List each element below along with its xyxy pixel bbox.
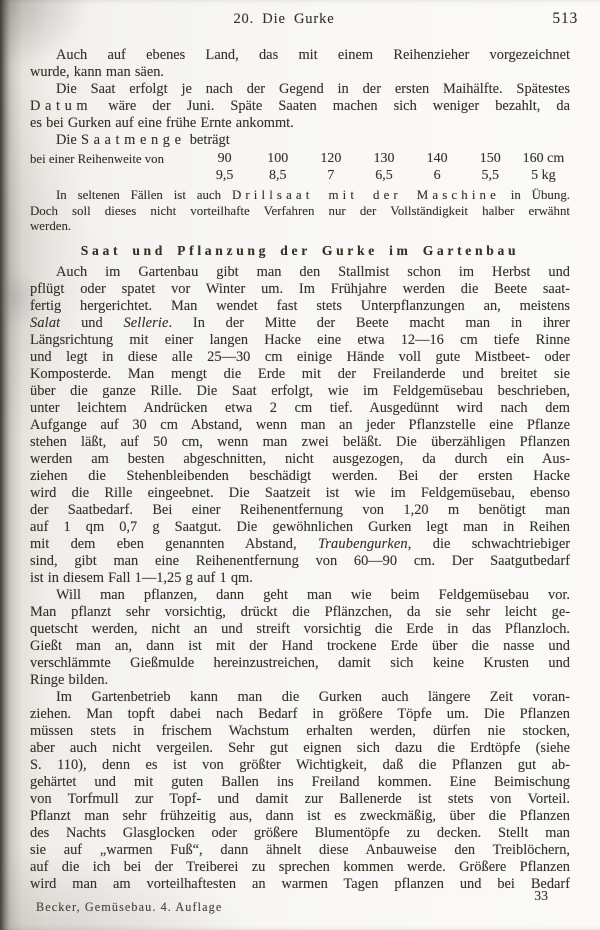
text-segment: wird man am vorteilhaftesten an warmen T… xyxy=(30,876,570,892)
text-segment: . In der Mitte der Beete macht man in ih… xyxy=(169,315,570,331)
text-segment: wurde, kann man säen. xyxy=(30,64,164,80)
text-line: der Saatbedarf. Bei einer Reihenentfernu… xyxy=(30,502,570,519)
text-line: Die Saatmenge beträgt xyxy=(30,132,570,149)
text-segment: der Saatbedarf. Bei einer Reihenentfernu… xyxy=(30,502,570,518)
text-line: Auch im Gartenbau gibt man den Stallmist… xyxy=(30,264,570,281)
text-line: werden am besten abgeschnitten, nicht au… xyxy=(30,451,570,468)
text-line: werden. xyxy=(30,219,570,235)
seed-quantity-table: bei einer Reihenweite von901001201301401… xyxy=(30,151,570,184)
page-number: 513 xyxy=(552,10,578,28)
text-segment: Man pflanzt sehr vorsichtig, drückt die … xyxy=(30,604,570,620)
italic-text-segment: Salat xyxy=(30,315,60,331)
italic-text-segment: Traubengurken xyxy=(318,536,408,552)
table-cell: 140 xyxy=(411,151,464,168)
spaced-text-segment: Datum xyxy=(30,98,92,114)
text-segment: S. 110), denn es ist von größter Wichtig… xyxy=(30,757,570,773)
text-segment: wäre der Juni. Späte Saaten machen sich … xyxy=(92,98,570,114)
text-segment: es bei Gurken auf eine frühe Ernte ankom… xyxy=(30,115,294,131)
text-segment: Auch auf ebenes Land, das mit einem Reih… xyxy=(56,47,570,63)
text-segment: und xyxy=(60,315,123,331)
text-segment: Komposterde. Man mengt die Erde mit der … xyxy=(30,366,570,382)
text-line: quetscht werden, nicht an und streift vo… xyxy=(30,621,570,638)
italic-text-segment: Sellerie xyxy=(123,315,168,331)
table-cell: 8,5 xyxy=(251,168,304,185)
table-cell: 7 xyxy=(304,168,357,185)
page-body: Auch auf ebenes Land, das mit einem Reih… xyxy=(30,47,570,916)
text-segment: fertig hergerichtet. Man wendet fast ste… xyxy=(30,298,570,314)
text-line: sind, gibt man eine Reihenentfernung von… xyxy=(30,553,570,570)
text-line: wird die Rille eingeebnet. Die Saatzeit … xyxy=(30,485,570,502)
text-segment: unter leichtem Andrücken etwa 2 cm tief.… xyxy=(30,400,570,416)
table-cell: 90 xyxy=(198,151,251,168)
text-segment: sie auf „warmen Fuß“, dann ähnelt diese … xyxy=(30,842,570,858)
text-segment: wird die Rille eingeebnet. Die Saatzeit … xyxy=(30,485,570,501)
text-line: Auch auf ebenes Land, das mit einem Reih… xyxy=(30,47,570,64)
text-line: es bei Gurken auf eine frühe Ernte ankom… xyxy=(30,115,570,132)
text-line: Doch soll dieses nicht vorteilhafte Verf… xyxy=(30,204,570,220)
page-header: 20. Die Gurke 513 xyxy=(30,11,578,31)
text-line: Im Gartenbetrieb kann man die Gurken auc… xyxy=(30,689,570,706)
text-line: mit dem eben genannten Abstand, Traubeng… xyxy=(30,536,570,553)
text-line: stehen läßt, auf 50 cm, wenn man zwei be… xyxy=(30,434,570,451)
table-cell: 130 xyxy=(357,151,410,168)
paragraph: Will man pflanzen, dann geht man wie bei… xyxy=(30,587,570,689)
paragraph: Auch auf ebenes Land, das mit einem Reih… xyxy=(30,47,570,81)
text-line: des Nachts Glasglocken oder größere Blum… xyxy=(30,825,570,842)
text-line: Datum wäre der Juni. Späte Saaten machen… xyxy=(30,98,570,115)
paragraph: Im Gartenbetrieb kann man die Gurken auc… xyxy=(30,689,570,893)
text-segment: Ringe bilden. xyxy=(30,672,108,688)
table-cell: 150 xyxy=(464,151,517,168)
text-segment: pflügt oder spatet vor Winter um. Im Frü… xyxy=(30,281,570,297)
text-segment: Die xyxy=(56,132,81,148)
text-segment: ziehen die Stehenbleibenden beschädigt w… xyxy=(30,468,570,484)
table-row: 9,58,576,565,55 kg xyxy=(30,168,570,185)
book-page-scan: 20. Die Gurke 513 Auch auf ebenes Land, … xyxy=(0,0,600,930)
text-segment: Pflanzt man sehr frühzeitig aus, dann is… xyxy=(30,808,570,824)
spaced-text-segment: Saatmenge xyxy=(81,132,186,148)
paragraph: In seltenen Fällen ist auch Drillsaat mi… xyxy=(30,188,570,235)
text-line: wird man am vorteilhaftesten an warmen T… xyxy=(30,876,570,893)
text-line: müssen stets in frischem Wachstum erhalt… xyxy=(30,723,570,740)
text-line: über die ganze Rille. Die Saat erfolgt, … xyxy=(30,383,570,400)
text-segment: ist in diesem Fall 1—1,25 g auf 1 qm. xyxy=(30,570,253,586)
text-segment: beträgt xyxy=(186,132,230,148)
text-line: fertig hergerichtet. Man wendet fast ste… xyxy=(30,298,570,315)
text-segment: quetscht werden, nicht an und streift vo… xyxy=(30,621,570,637)
text-line: auf 1 qm 0,7 g Saatgut. Die gewöhnlichen… xyxy=(30,519,570,536)
table-cell: 100 xyxy=(251,151,304,168)
text-segment: , die schwachtriebiger xyxy=(408,536,570,552)
text-line: pflügt oder spatet vor Winter um. Im Frü… xyxy=(30,281,570,298)
text-segment: aber auch nicht vergeilen. Sehr gut eign… xyxy=(30,740,570,756)
table-row-label: bei einer Reihenweite von xyxy=(30,151,198,168)
text-line: und legt in diese alle 25—30 cm einige H… xyxy=(30,349,570,366)
paragraph: Auch im Gartenbau gibt man den Stallmist… xyxy=(30,264,570,587)
text-line: ziehen. Man topft dabei nach Bedarf in g… xyxy=(30,706,570,723)
text-line: auf die ich bei der Treiberei zu spreche… xyxy=(30,859,570,876)
text-segment: Gießt man an, dann ist mit der Hand troc… xyxy=(30,638,570,654)
text-line: Pflanzt man sehr frühzeitig aus, dann is… xyxy=(30,808,570,825)
text-segment: Die Saat erfolgt je nach der Gegend in d… xyxy=(56,81,570,97)
table-row: bei einer Reihenweite von901001201301401… xyxy=(30,151,570,168)
paragraph: Die Saat erfolgt je nach der Gegend in d… xyxy=(30,81,570,132)
text-segment: auf 1 qm 0,7 g Saatgut. Die gewöhnlichen… xyxy=(30,519,570,535)
text-line: Will man pflanzen, dann geht man wie bei… xyxy=(30,587,570,604)
text-line: ziehen die Stehenbleibenden beschädigt w… xyxy=(30,468,570,485)
table-cell: 6 xyxy=(411,168,464,185)
text-segment: Auch im Gartenbau gibt man den Stallmist… xyxy=(56,264,570,280)
text-line: Die Saat erfolgt je nach der Gegend in d… xyxy=(30,81,570,98)
text-segment: Aufgange auf 30 cm Abstand, wenn man an … xyxy=(30,417,570,433)
text-line: Man pflanzt sehr vorsichtig, drückt die … xyxy=(30,604,570,621)
text-segment: Doch soll dieses nicht vorteilhafte Verf… xyxy=(30,204,570,218)
text-line: ist in diesem Fall 1—1,25 g auf 1 qm. xyxy=(30,570,570,587)
text-line: wurde, kann man säen. xyxy=(30,64,570,81)
text-line: Komposterde. Man mengt die Erde mit der … xyxy=(30,366,570,383)
text-segment: verschlämmte Gießmulde hereinzustreichen… xyxy=(30,655,570,671)
text-line: Längsrichtung mit einer langen Hacke ein… xyxy=(30,332,570,349)
text-line: gehärtet und mit guten Ballen ins Freila… xyxy=(30,774,570,791)
text-segment: von Torfmull zur Topf- und damit zur Bal… xyxy=(30,791,570,807)
text-line: unter leichtem Andrücken etwa 2 cm tief.… xyxy=(30,400,570,417)
text-line: Gießt man an, dann ist mit der Hand troc… xyxy=(30,638,570,655)
table-cell: 5 kg xyxy=(517,168,570,185)
text-line: verschlämmte Gießmulde hereinzustreichen… xyxy=(30,655,570,672)
table-cell: 9,5 xyxy=(198,168,251,185)
text-line: von Torfmull zur Topf- und damit zur Bal… xyxy=(30,791,570,808)
text-segment: in Übung. xyxy=(500,188,570,202)
table-cell: 120 xyxy=(304,151,357,168)
table-cell: 6,5 xyxy=(357,168,410,185)
text-segment: werden. xyxy=(30,219,71,233)
text-segment: Längsrichtung mit einer langen Hacke ein… xyxy=(30,332,570,348)
text-segment: und legt in diese alle 25—30 cm einige H… xyxy=(30,349,570,365)
text-line: Salat und Sellerie. In der Mitte der Bee… xyxy=(30,315,570,332)
spaced-text-segment: Drillsaat mit der Maschine xyxy=(232,188,500,202)
section-heading: Saat und Pflanzung der Gurke im Gartenba… xyxy=(30,242,570,259)
text-line: sie auf „warmen Fuß“, dann ähnelt diese … xyxy=(30,842,570,859)
table-cell: 5,5 xyxy=(464,168,517,185)
table-cell: 160 cm xyxy=(517,151,570,168)
text-line: In seltenen Fällen ist auch Drillsaat mi… xyxy=(30,188,570,204)
text-line: Aufgange auf 30 cm Abstand, wenn man an … xyxy=(30,417,570,434)
text-segment: In seltenen Fällen ist auch xyxy=(56,188,232,202)
text-segment: mit dem eben genannten Abstand, xyxy=(30,536,318,552)
running-title: 20. Die Gurke xyxy=(30,11,538,28)
text-segment: sind, gibt man eine Reihenentfernung von… xyxy=(30,553,570,569)
text-line: Ringe bilden. xyxy=(30,672,570,689)
text-segment: werden am besten abgeschnitten, nicht au… xyxy=(30,451,570,467)
text-segment: stehen läßt, auf 50 cm, wenn man zwei be… xyxy=(30,434,570,450)
text-line: S. 110), denn es ist von größter Wichtig… xyxy=(30,757,570,774)
text-segment: müssen stets in frischem Wachstum erhalt… xyxy=(30,723,570,739)
text-segment: Im Gartenbetrieb kann man die Gurken auc… xyxy=(56,689,570,705)
text-segment: gehärtet und mit guten Ballen ins Freila… xyxy=(30,774,570,790)
text-segment: des Nachts Glasglocken oder größere Blum… xyxy=(30,825,570,841)
edition-signature: Becker, Gemüsebau. 4. Auflage xyxy=(36,900,570,918)
text-line: aber auch nicht vergeilen. Sehr gut eign… xyxy=(30,740,570,757)
text-segment: Will man pflanzen, dann geht man wie bei… xyxy=(56,587,570,603)
paragraph: Die Saatmenge beträgt xyxy=(30,132,570,149)
text-segment: auf die ich bei der Treiberei zu spreche… xyxy=(30,859,570,875)
text-segment: über die ganze Rille. Die Saat erfolgt, … xyxy=(30,383,570,399)
table-row-label xyxy=(30,168,198,185)
sheet-number: 33 xyxy=(534,888,548,904)
text-segment: ziehen. Man topft dabei nach Bedarf in g… xyxy=(30,706,570,722)
